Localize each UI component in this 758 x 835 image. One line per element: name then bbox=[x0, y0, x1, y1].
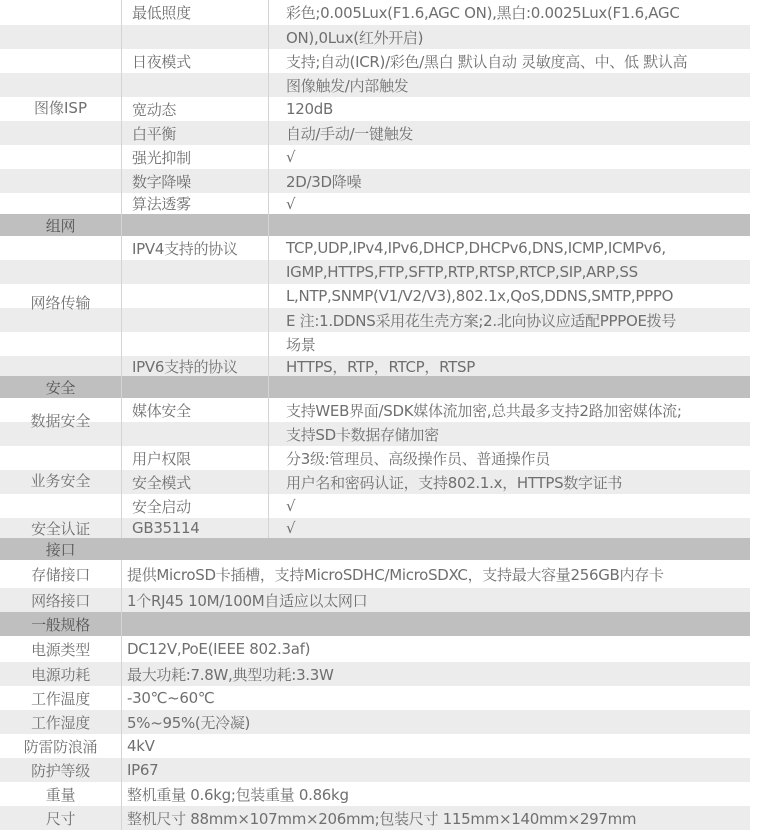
spec-value: 图像触发/内部触发 bbox=[268, 73, 750, 97]
spec-label: 用户权限 bbox=[121, 446, 268, 470]
spec-value: 1个RJ45 10M/100M自适应以太网口 bbox=[121, 588, 750, 612]
spec-label: GB35114 bbox=[121, 518, 268, 538]
spec-value: E 注:1.DDNS采用花生壳方案;2.北向协议应适配PPPOE拨号 bbox=[268, 308, 750, 332]
spec-value: 支持WEB界面/SDK媒体流加密,总共最多支持2路加密媒体流; bbox=[268, 398, 750, 422]
spec-label: 媒体安全 bbox=[121, 398, 268, 422]
spec-value: 5%~95%(无冷凝) bbox=[121, 710, 750, 734]
spec-value: IP67 bbox=[121, 758, 750, 782]
spec-value: L,NTP,SNMP(V1/V2/V3),802.1x,QoS,DDNS,SMT… bbox=[268, 284, 750, 308]
section-header: 一般规格 bbox=[0, 612, 750, 636]
spec-label: 最低照度 bbox=[121, 0, 268, 25]
table-row: 防护等级 IP67 bbox=[0, 758, 750, 782]
spec-label: 尺寸 bbox=[0, 806, 121, 830]
category-label: 安全认证 bbox=[0, 518, 121, 538]
spec-label: 重量 bbox=[0, 782, 121, 806]
spec-value: 整机尺寸 88mm×107mm×206mm;包装尺寸 115mm×140mm×2… bbox=[121, 806, 750, 830]
spec-value: 120dB bbox=[268, 97, 750, 121]
table-row: 尺寸 整机尺寸 88mm×107mm×206mm;包装尺寸 115mm×140m… bbox=[0, 806, 750, 830]
spec-label: 防护等级 bbox=[0, 758, 121, 782]
spec-label: 网络接口 bbox=[0, 588, 121, 612]
category-label: 数据安全 bbox=[0, 398, 121, 442]
spec-label: 工作温度 bbox=[0, 686, 121, 710]
column-divider bbox=[121, 0, 122, 538]
spec-value: 最大功耗:7.8W,典型功耗:3.3W bbox=[121, 662, 750, 686]
section-title: 安全 bbox=[0, 376, 121, 398]
category-label: 图像ISP bbox=[0, 0, 121, 214]
spec-value: 支持SD卡数据存储加密 bbox=[268, 422, 750, 446]
spec-value: DC12V,PoE(IEEE 802.3af) bbox=[121, 636, 750, 662]
spec-value: -30℃~60℃ bbox=[121, 686, 750, 710]
table-row: 工作温度 -30℃~60℃ bbox=[0, 686, 750, 710]
spec-value: 场景 bbox=[268, 332, 750, 356]
table-row: 安全认证 GB35114 √ bbox=[0, 518, 750, 538]
spec-value: 4kV bbox=[121, 734, 750, 758]
category-label: 业务安全 bbox=[0, 446, 121, 514]
table-row: 网络接口 1个RJ45 10M/100M自适应以太网口 bbox=[0, 588, 750, 612]
spec-value: HTTPS，RTP，RTCP，RTSP bbox=[268, 356, 750, 376]
spec-label: 存储接口 bbox=[0, 560, 121, 588]
spec-label: 数字降噪 bbox=[121, 169, 268, 193]
spec-label: 算法透雾 bbox=[121, 193, 268, 214]
section-title: 一般规格 bbox=[0, 612, 121, 636]
spec-label: 强光抑制 bbox=[121, 145, 268, 169]
check-mark: √ bbox=[268, 193, 750, 214]
section-header: 接口 bbox=[0, 538, 750, 560]
category-label: 网络传输 bbox=[0, 236, 121, 368]
column-divider bbox=[268, 0, 269, 538]
spec-label: 日夜模式 bbox=[121, 49, 268, 73]
check-mark: √ bbox=[268, 518, 750, 538]
spec-value: TCP,UDP,IPv4,IPv6,DHCP,DHCPv6,DNS,ICMP,I… bbox=[268, 236, 750, 260]
spec-label: 宽动态 bbox=[121, 97, 268, 121]
column-divider bbox=[121, 560, 122, 830]
section-header: 安全 bbox=[0, 376, 750, 398]
table-row: 重量 整机重量 0.6kg;包装重量 0.86kg bbox=[0, 782, 750, 806]
spec-value: ON),0Lux(红外开启) bbox=[268, 25, 750, 49]
spec-label: 白平衡 bbox=[121, 121, 268, 145]
table-row: 存储接口 提供MicroSD卡插槽，支持MicroSDHC/MicroSDXC，… bbox=[0, 560, 750, 588]
spec-label: IPV6支持的协议 bbox=[121, 356, 268, 376]
spec-label: IPV4支持的协议 bbox=[121, 236, 268, 260]
check-mark: √ bbox=[268, 494, 750, 518]
spec-value: 支持;自动(ICR)/彩色/黑白 默认自动 灵敏度高、中、低 默认高 bbox=[268, 49, 750, 73]
spec-value: 自动/手动/一键触发 bbox=[268, 121, 750, 145]
section-title: 组网 bbox=[0, 214, 121, 236]
spec-label: 电源功耗 bbox=[0, 662, 121, 686]
spec-value: IGMP,HTTPS,FTP,SFTP,RTP,RTSP,RTCP,SIP,AR… bbox=[268, 260, 750, 284]
spec-label: 防雷防浪涌 bbox=[0, 734, 121, 758]
spec-value: 彩色;0.005Lux(F1.6,AGC ON),黑白:0.0025Lux(F1… bbox=[268, 0, 750, 25]
spec-value: 用户名和密码认证，支持802.1.x，HTTPS数字证书 bbox=[268, 470, 750, 494]
table-row: 防雷防浪涌 4kV bbox=[0, 734, 750, 758]
check-mark: √ bbox=[268, 145, 750, 169]
spec-label: 工作湿度 bbox=[0, 710, 121, 734]
spec-value: 整机重量 0.6kg;包装重量 0.86kg bbox=[121, 782, 750, 806]
section-header: 组网 bbox=[0, 214, 750, 236]
table-row: 电源类型 DC12V,PoE(IEEE 802.3af) bbox=[0, 636, 750, 662]
spec-value: 分3级:管理员、高级操作员、普通操作员 bbox=[268, 446, 750, 470]
spec-label: 安全模式 bbox=[121, 470, 268, 494]
table-row: 电源功耗 最大功耗:7.8W,典型功耗:3.3W bbox=[0, 662, 750, 686]
spec-value: 2D/3D降噪 bbox=[268, 169, 750, 193]
table-row: 工作湿度 5%~95%(无冷凝) bbox=[0, 710, 750, 734]
spec-value: 提供MicroSD卡插槽，支持MicroSDHC/MicroSDXC，支持最大容… bbox=[121, 560, 750, 588]
section-title: 接口 bbox=[0, 538, 121, 560]
spec-label: 安全启动 bbox=[121, 494, 268, 518]
spec-label: 电源类型 bbox=[0, 636, 121, 662]
